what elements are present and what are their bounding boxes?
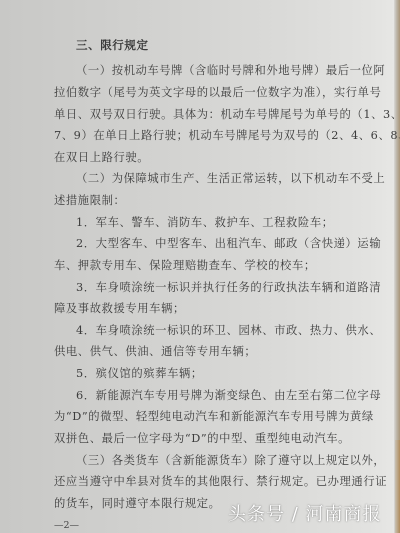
section-heading: 三、限行规定 [76,37,149,53]
paragraph-line: 单日、双号双日行驶。具体为：机动车号牌尾号为单号的（1、3、5、 [54,106,400,122]
page-edge-lower [395,440,400,533]
list-item: 5．殡仪馆的殡葬车辆； [76,365,203,381]
paragraph-line: 供电、供气、供油、通信等专用车辆； [54,343,256,359]
paragraph-line: （二）为保障城市生产、生活正常运转，以下机动车不受上 [76,170,385,186]
paragraph-line: 述措施限制： [54,192,125,208]
paragraph-line: 7、9）在单日上路行驶；机动车号牌尾号为双号的（2、4、6、8、0） [54,127,400,143]
list-item: 1．军车、警车、消防车、救护车、工程救险车； [76,214,334,230]
paragraph-line: 为“D”的微型、轻型纯电动汽车和新能源汽车专用号牌为黄绿 [54,408,374,424]
list-item: 4．车身喷涂统一标识的环卫、园林、市政、热力、供水、 [76,322,381,338]
paragraph-line: 拉伯数字（尾号为英文字母的以最后一位数字为准），实行单号 [54,84,381,100]
list-item: 3．车身喷涂统一标识并执行任务的行政执法车辆和道路清 [76,279,381,295]
list-item: 6．新能源汽车专用号牌为渐变绿色、由左至右第二位字母 [76,387,381,403]
paragraph-line: （一）按机动车号牌（含临时号牌和外地号牌）最后一位阿 [76,62,385,78]
page-number: —2— [54,520,79,531]
paragraph-line: 双拼色、最后一位字母为“D”的中型、重型纯电动汽车。 [54,430,350,446]
paragraph-line: 障及事故救援专用车辆； [54,300,185,316]
watermark: 头条号 / 河南商报 [228,500,382,526]
list-item: 2．大型客车、中型客车、出租汽车、邮政（含快递）运输 [76,235,381,251]
paragraph-line: 还应当遵守中牟县对货车的其他限行、禁行规定。已办理通行证 [54,473,387,489]
paragraph-line: 在双日上路行驶。 [54,149,149,165]
paragraph-line: （三）各类货车（含新能源货车）除了遵守以上规定以外， [76,452,385,468]
paragraph-line: 车、押款专用车、保险理赔勘查车、学校的校车； [54,257,316,273]
paragraph-line: 的货车，同时遵守本限行规定。 [54,495,221,511]
